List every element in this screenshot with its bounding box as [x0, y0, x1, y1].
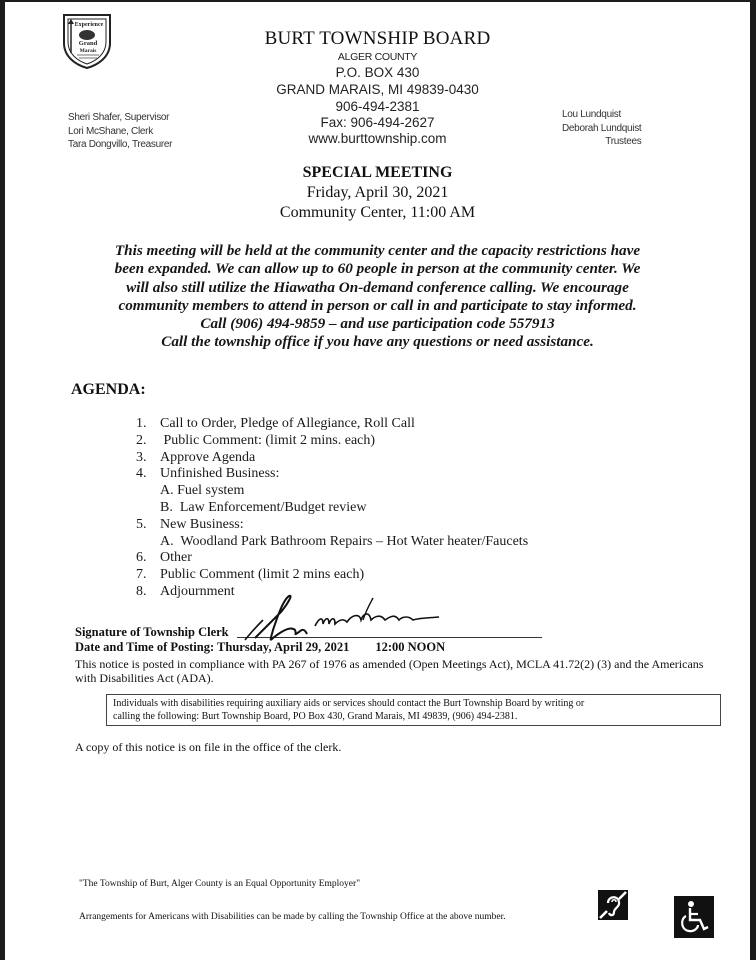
agenda-item: 6.Other: [136, 550, 528, 567]
agenda-list: 1.Call to Order, Pledge of Allegiance, R…: [136, 416, 528, 601]
clerk-signature: [243, 590, 483, 645]
agenda-item-number: 4.: [136, 466, 160, 483]
agenda-item: 7.Public Comment (limit 2 mins each): [136, 567, 528, 584]
agenda-item-text: Call to Order, Pledge of Allegiance, Rol…: [160, 416, 415, 431]
agenda-subitem: A. Woodland Park Bathroom Repairs – Hot …: [136, 534, 528, 551]
agenda-item-text: Public Comment: (limit 2 mins. each): [160, 433, 375, 448]
notice-line: will also still utilize the Hiawatha On-…: [25, 279, 730, 297]
trustee-name: Deborah Lundquist: [562, 122, 641, 136]
agenda-heading: AGENDA:: [71, 381, 146, 399]
equal-opportunity-statement: "The Township of Burt, Alger County is a…: [79, 879, 360, 889]
notice-line: This meeting will be held at the communi…: [25, 242, 730, 260]
agenda-item-number: 5.: [136, 517, 160, 534]
notice-line: community members to attend in person or…: [25, 297, 730, 315]
compliance-statement: This notice is posted in compliance with…: [75, 657, 715, 685]
county-name: ALGER COUNTY: [5, 51, 750, 63]
posting-time: 12:00 NOON: [375, 640, 445, 654]
agenda-item-text: New Business:: [160, 517, 244, 532]
po-box: P.O. BOX 430: [5, 65, 750, 80]
notice-call-line: Call (906) 494-9859 – and use participat…: [25, 315, 730, 333]
document-page: Experience Grand Marais BURT TOWNSHIP BO…: [5, 2, 750, 960]
meeting-title: SPECIAL MEETING: [5, 164, 750, 182]
agenda-item-text: Unfinished Business:: [160, 466, 279, 481]
trustees-list: Lou Lundquist Deborah Lundquist Trustees: [562, 108, 641, 149]
trustee-name: Lou Lundquist: [562, 108, 641, 122]
agenda-item: 3.Approve Agenda: [136, 450, 528, 467]
agenda-item-number: 7.: [136, 567, 160, 584]
meeting-place-time: Community Center, 11:00 AM: [5, 204, 750, 222]
posting-date-time: Date and Time of Posting: Thursday, Apri…: [75, 640, 445, 655]
officer-treasurer: Tara Dongvillo, Treasurer: [68, 138, 172, 152]
agenda-item: 5.New Business:: [136, 517, 528, 534]
notice-line: Call the township office if you have any…: [25, 333, 730, 351]
agenda-item-number: 8.: [136, 584, 160, 601]
trustees-title: Trustees: [562, 135, 641, 149]
copy-on-file-note: A copy of this notice is on file in the …: [75, 740, 341, 755]
signature-label: Signature of Township Clerk: [75, 625, 229, 640]
agenda-item: 1.Call to Order, Pledge of Allegiance, R…: [136, 416, 528, 433]
agenda-item-text: Adjournment: [160, 584, 235, 599]
meeting-notice: This meeting will be held at the communi…: [25, 242, 730, 352]
ada-box-line: Individuals with disabilities requiring …: [113, 697, 714, 710]
agenda-subitem: A. Fuel system: [136, 483, 528, 500]
posting-label: Date and Time of Posting:: [75, 640, 214, 654]
meeting-date: Friday, April 30, 2021: [5, 184, 750, 202]
agenda-subitem: B. Law Enforcement/Budget review: [136, 500, 528, 517]
agenda-item-number: 1.: [136, 416, 160, 433]
agenda-item-number: 2.: [136, 433, 160, 450]
posting-date: Thursday, April 29, 2021: [217, 640, 349, 654]
ada-contact-box: Individuals with disabilities requiring …: [106, 694, 721, 726]
officer-supervisor: Sheri Shafer, Supervisor: [68, 111, 172, 125]
wheelchair-accessible-icon: [674, 896, 714, 938]
agenda-item-text: Approve Agenda: [160, 450, 255, 465]
board-name: BURT TOWNSHIP BOARD: [5, 28, 750, 50]
agenda-item-text: Other: [160, 550, 192, 565]
agenda-item-number: 6.: [136, 550, 160, 567]
notice-line: been expanded. We can allow up to 60 peo…: [25, 260, 730, 278]
agenda-item: 4.Unfinished Business:: [136, 466, 528, 483]
officer-clerk: Lori McShane, Clerk: [68, 125, 172, 139]
city-state-zip: GRAND MARAIS, MI 49839-0430: [5, 82, 750, 97]
ada-arrangements-note: Arrangements for Americans with Disabili…: [79, 912, 506, 922]
agenda-item-number: 3.: [136, 450, 160, 467]
agenda-item: 2. Public Comment: (limit 2 mins. each): [136, 433, 528, 450]
hearing-assistance-icon: [598, 890, 628, 920]
agenda-item-text: Public Comment (limit 2 mins each): [160, 567, 364, 582]
ada-box-line: calling the following: Burt Township Boa…: [113, 710, 714, 723]
officers-list: Sheri Shafer, Supervisor Lori McShane, C…: [68, 111, 172, 152]
